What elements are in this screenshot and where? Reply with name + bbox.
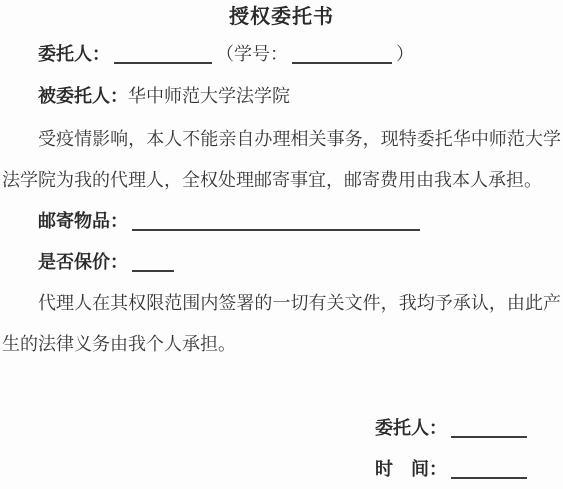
mail-items-label: 邮寄物品： (38, 211, 128, 231)
signature-date-blank (451, 463, 527, 479)
agent-line: 被委托人：华中师范大学法学院 (2, 76, 561, 117)
signature-date-label: 时 间： (375, 459, 447, 479)
signature-block: 委托人： 时 间： (375, 408, 561, 489)
student-id-open-label: （学号： (216, 44, 288, 64)
body-paragraph-1: 受疫情影响，本人不能亲自办理相关事务，现特委托华中师范大学法学院为我的代理人，全… (2, 119, 561, 201)
mail-items-blank (132, 215, 420, 231)
student-id-close-label: ） (396, 44, 414, 64)
mail-items-line: 邮寄物品： (2, 201, 561, 242)
principal-name-blank (114, 48, 212, 64)
principal-label: 委托人： (38, 44, 110, 64)
insured-line: 是否保价： (2, 242, 561, 283)
principal-line: 委托人：（学号：） (2, 34, 561, 75)
agent-label: 被委托人： (38, 86, 128, 106)
body-paragraph-2: 代理人在其权限范围内签署的一切有关文件，我均予承认，由此产生的法律义务由我个人承… (2, 283, 561, 365)
signature-principal-label: 委托人： (375, 418, 447, 438)
insured-blank (132, 256, 174, 272)
signature-principal-blank (451, 422, 527, 438)
document-title: 授权委托书 (2, 2, 561, 32)
insured-label: 是否保价： (38, 252, 128, 272)
student-id-blank (292, 48, 392, 64)
signature-date-line: 时 间： (375, 449, 561, 489)
signature-principal-line: 委托人： (375, 408, 561, 449)
agent-value: 华中师范大学法学院 (128, 86, 290, 106)
authorization-letter-document: 授权委托书 委托人：（学号：） 被委托人：华中师范大学法学院 受疫情影响，本人不… (0, 0, 563, 489)
